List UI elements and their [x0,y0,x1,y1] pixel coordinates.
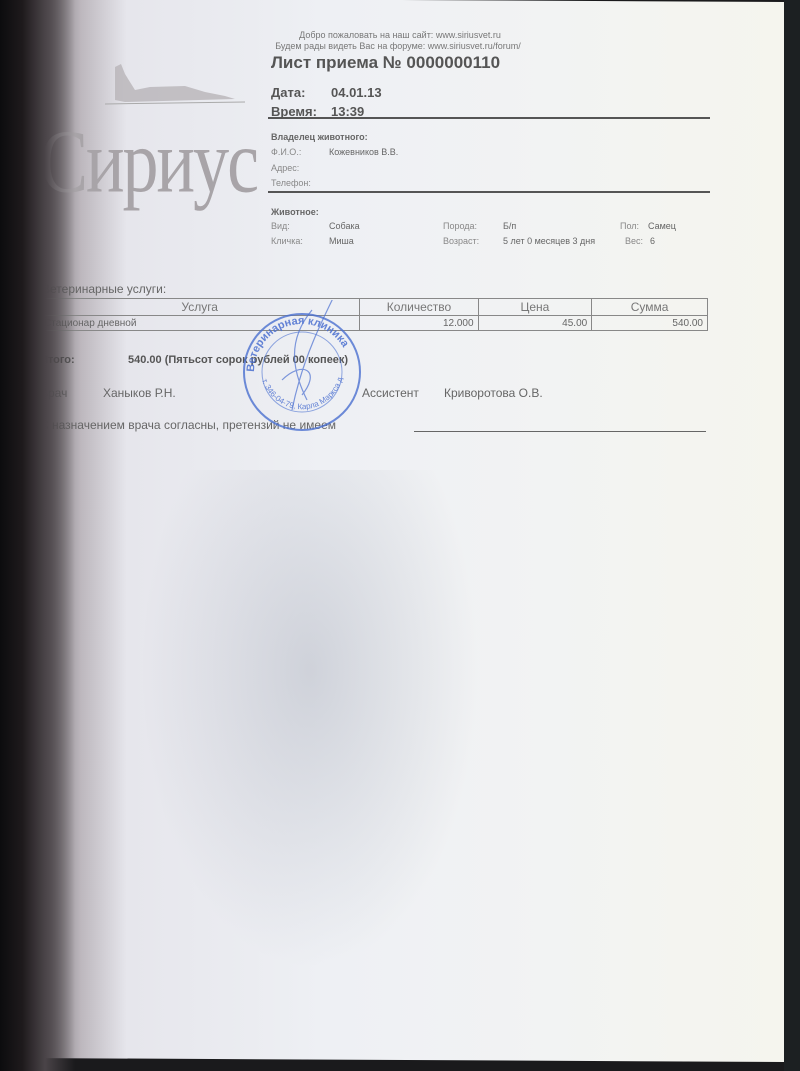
species-label: Вид: [271,221,290,231]
clinic-logo: Сириус [40,110,257,214]
age-value: 5 лет 0 месяцев 3 дня [503,236,595,246]
sum-cell: 540.00 [592,316,708,331]
table-row: Стационар дневной 12.000 45.00 540.00 [40,316,708,331]
welcome-line: Добро пожаловать на наш сайт: www.sirius… [250,30,550,40]
animal-section-label: Животное: [271,207,319,217]
species-value: Собака [329,221,360,231]
document-title: Лист приема № 0000000110 [271,53,500,73]
dog-logo-icon [85,62,245,112]
column-header: Цена [478,299,592,316]
date-label: Дата: [271,85,305,100]
services-section-label: Ветеринарные услуги: [42,282,166,296]
forum-line: Будем рады видеть Вас на форуме: www.sir… [248,41,548,51]
column-header: Сумма [592,299,708,316]
divider [268,191,710,193]
quantity-cell: 12.000 [360,316,478,331]
owner-name-value: Кожевников В.В. [329,147,398,157]
owner-address-label: Адрес: [271,163,299,173]
pet-name-label: Кличка: [271,236,303,246]
price-cell: 45.00 [478,316,592,331]
divider [268,117,710,119]
pet-name-value: Миша [329,236,354,246]
services-table: Услуга Количество Цена Сумма Стационар д… [40,298,708,331]
date-value: 04.01.13 [331,85,382,100]
signature-line [414,431,706,432]
doctor-value: Ханыков Р.Н. [103,386,176,400]
owner-phone-label: Телефон: [271,178,311,188]
weight-label: Вес: [625,236,643,246]
breed-value: Б/п [503,221,516,231]
owner-name-label: Ф.И.О.: [271,147,301,157]
clinic-stamp-icon: Ветеринарная клиника т. 346-04-79, Карла… [232,300,372,440]
age-label: Возраст: [443,236,479,246]
total-label: Итого: [40,354,75,366]
sex-label: Пол: [620,221,639,231]
photo-edge-background [784,0,800,1071]
owner-section-label: Владелец животного: [271,132,368,142]
column-header: Количество [360,299,478,316]
breed-label: Порода: [443,221,477,231]
assistant-value: Криворотова О.В. [444,386,543,400]
sex-value: Самец [648,221,676,231]
doctor-label: Врач [40,386,67,400]
weight-value: 6 [650,236,655,246]
